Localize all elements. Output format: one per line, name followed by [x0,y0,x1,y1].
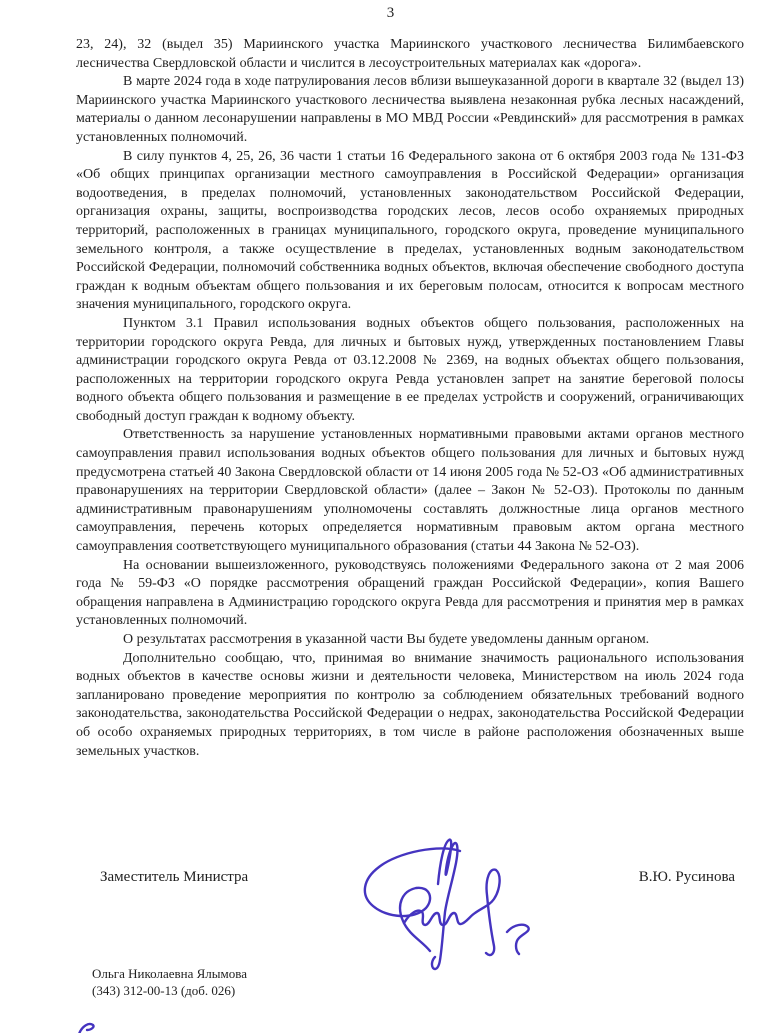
body-paragraph: О результатах рассмотрения в указанной ч… [76,631,744,650]
body-paragraph: Ответственность за нарушение установленн… [76,426,744,556]
body-paragraph: Дополнительно сообщаю, что, принимая во … [76,650,744,762]
letter-body: 23, 24), 32 (выдел 35) Мариинского участ… [76,36,744,761]
signatory-name: В.Ю. Русинова [639,869,735,886]
executor-block: Ольга Николаевна Ялымова (343) 312-00-13… [92,965,247,999]
body-paragraph: Пунктом 3.1 Правил использования водных … [76,315,744,427]
handwritten-signature [352,836,542,976]
page-number: 3 [0,5,781,22]
pen-mark-stroke [79,1024,94,1033]
body-paragraph: 23, 24), 32 (выдел 35) Мариинского участ… [76,36,744,73]
signature-stroke [432,840,457,969]
executor-phone: (343) 312-00-13 (доб. 026) [92,982,247,999]
body-paragraph: В силу пунктов 4, 25, 26, 36 части 1 ста… [76,148,744,315]
body-paragraph: В марте 2024 года в ходе патрулирования … [76,73,744,147]
scanned-letter-page: { "page": { "number": "3" }, "document":… [0,0,781,1033]
signatory-position-title: Заместитель Министра [100,869,248,886]
body-paragraph: На основании вышеизложенного, руководств… [76,557,744,631]
signature-stroke [507,925,529,954]
executor-name: Ольга Николаевна Ялымова [92,965,247,982]
pen-mark [77,1021,97,1033]
